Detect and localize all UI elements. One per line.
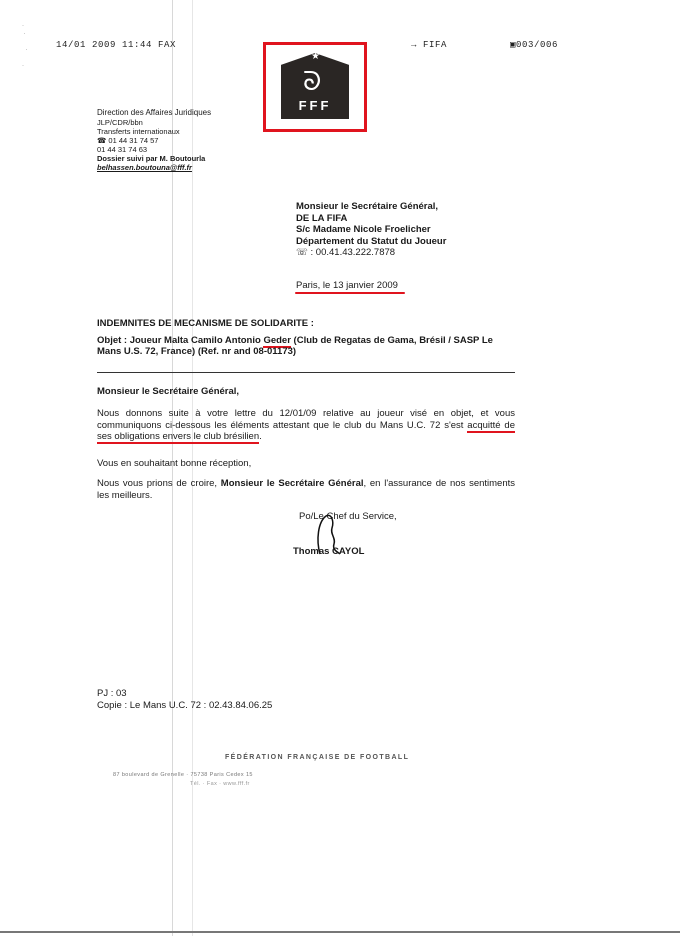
star-icon: ★ [311,52,320,62]
footer-address-line1: 87 boulevard de Grenelle · 75738 Paris C… [113,772,253,778]
copy-recipient: Copie : Le Mans U.C. 72 : 02.43.84.06.25 [97,700,272,712]
footer-address-line2: Tél. · Fax · www.fff.fr [190,781,250,787]
recipient-line4: Département du Statut du Joueur [296,236,446,248]
sender-handled-by: Dossier suivi par M. Boutourla [97,154,277,163]
enclosures: PJ : 03 Copie : Le Mans U.C. 72 : 02.43.… [97,688,272,712]
fff-logo-text: FFF [281,98,349,113]
paragraph-3-bold: Monsieur le Secrétaire Général [221,478,364,489]
paragraph-3: Nous vous prions de croire, Monsieur le … [97,478,515,501]
fax-page-count: 003/006 [516,40,558,50]
subject-objet: Objet : Joueur Malta Camilo Antonio Gede… [97,335,517,357]
scan-specks: · · ·· [22,22,27,70]
paragraph-2: Vous en souhaitant bonne réception, [97,458,515,470]
fax-destination: → FIFA [411,40,447,50]
sender-email-link[interactable]: belhassen.boutouna@fff.fr [97,163,277,172]
scan-bottom-edge [0,931,680,933]
sender-block: Direction des Affaires Juridiques JLP/CD… [97,108,277,172]
sender-phone: ☎ 01 44 31 74 57 [97,136,277,145]
signature-name: Thomas CAYOL [293,546,364,557]
subject-title: INDEMNITES DE MECANISME DE SOLIDARITE : [97,318,314,329]
recipient-block: Monsieur le Secrétaire Général, DE LA FI… [296,201,446,259]
recipient-line1: Monsieur le Secrétaire Général, [296,201,446,213]
sender-reference: JLP/CDR/bbn [97,118,277,127]
paragraph-3-text: Nous vous prions de croire, [97,478,221,489]
fax-page-counter: ▣003/006 [510,40,558,50]
greeting: Monsieur le Secrétaire Général, [97,386,239,397]
sender-fax: 01 44 31 74 63 [97,145,277,154]
paragraph-1-end: . [259,431,262,442]
fax-timestamp: 14/01 2009 11:44 FAX [56,40,176,50]
recipient-line2: DE LA FIFA [296,213,446,225]
rooster-icon: ᘐ [303,69,321,95]
sender-service: Transferts internationaux [97,127,277,136]
enclosure-count: PJ : 03 [97,688,272,700]
date-red-underline [295,292,405,294]
recipient-fax: ☏ : 00.41.43.222.7878 [296,247,446,259]
paragraph-1: Nous donnons suite à votre lettre du 12/… [97,408,515,443]
sender-department: Direction des Affaires Juridiques [97,108,277,118]
letter-date: Paris, le 13 janvier 2009 [296,280,398,291]
footer-organization: FÉDÉRATION FRANÇAISE DE FOOTBALL [225,754,409,761]
paragraph-1-text: Nous donnons suite à votre lettre du 12/… [97,408,515,431]
subject-separator [97,372,515,373]
objet-prefix: Objet : Joueur Malta Camilo Antonio [97,335,263,346]
recipient-line3: S/c Madame Nicole Froelicher [296,224,446,236]
fff-logo-highlight: ★ ᘐ FFF [263,42,367,132]
fff-rooster-crest-icon: ★ ᘐ FFF [281,53,349,119]
